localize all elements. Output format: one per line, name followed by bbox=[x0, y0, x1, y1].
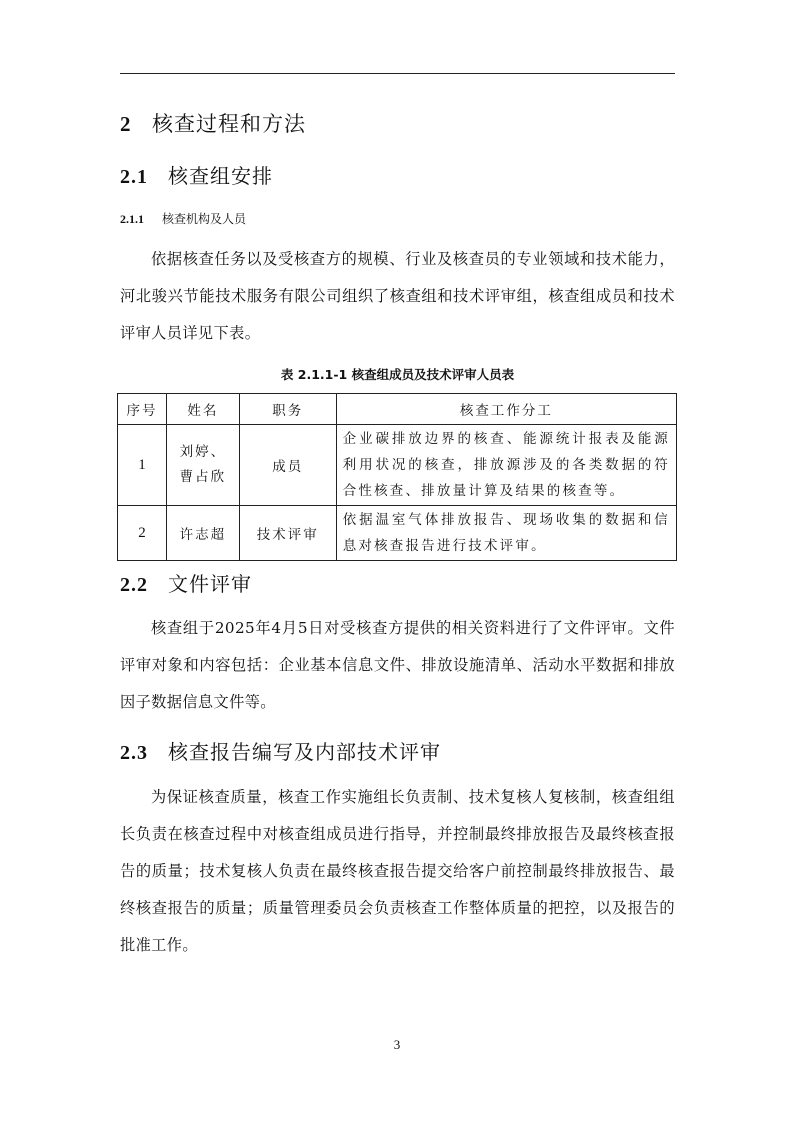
section-title: 核查过程和方法 bbox=[152, 112, 306, 136]
subsection-number: 2.1 bbox=[120, 166, 168, 189]
subsubsection-title: 核查机构及人员 bbox=[162, 212, 246, 226]
paragraph-2-3: 为保证核查质量，核查工作实施组长负责制、技术复核人复核制，核查组组长负责在核查过… bbox=[120, 779, 675, 964]
subsection-number: 2.2 bbox=[120, 574, 168, 597]
paragraph-2-2: 核查组于2025年4月5日对受核查方提供的相关资料进行了文件评审。文件评审对象和… bbox=[120, 610, 675, 721]
staff-table: 序号 姓名 职务 核查工作分工 1 刘婷、曹占欣 成员 企业碳排放边界的核查、能… bbox=[117, 393, 677, 561]
cell-name: 许志超 bbox=[166, 506, 239, 561]
subsection-title: 核查组安排 bbox=[168, 164, 273, 188]
cell-role: 技术评审 bbox=[239, 506, 336, 561]
header-name: 姓名 bbox=[166, 394, 239, 425]
cell-index: 1 bbox=[118, 425, 167, 506]
cell-name: 刘婷、曹占欣 bbox=[166, 425, 239, 506]
subsection-heading-2-2: 2.2文件评审 bbox=[120, 568, 252, 597]
table-header-row: 序号 姓名 职务 核查工作分工 bbox=[118, 394, 677, 425]
table-row: 2 许志超 技术评审 依据温室气体排放报告、现场收集的数据和信息对核查报告进行技… bbox=[118, 506, 677, 561]
table-row: 1 刘婷、曹占欣 成员 企业碳排放边界的核查、能源统计报表及能源利用状况的核查，… bbox=[118, 425, 677, 506]
subsection-heading-2-3: 2.3核查报告编写及内部技术评审 bbox=[120, 736, 441, 765]
subsubsection-heading-2-1-1: 2.1.1核查机构及人员 bbox=[120, 210, 246, 227]
table-caption: 表 2.1.1-1 核查组成员及技术评审人员表 bbox=[120, 365, 675, 383]
section-heading: 2核查过程和方法 bbox=[120, 108, 306, 138]
section-number: 2 bbox=[120, 112, 152, 137]
cell-index: 2 bbox=[118, 506, 167, 561]
cell-duty: 企业碳排放边界的核查、能源统计报表及能源利用状况的核查，排放源涉及的各类数据的符… bbox=[336, 425, 676, 506]
header-role: 职务 bbox=[239, 394, 336, 425]
header-rule bbox=[120, 73, 675, 74]
subsection-title: 核查报告编写及内部技术评审 bbox=[168, 740, 441, 764]
header-index: 序号 bbox=[118, 394, 167, 425]
header-duty: 核查工作分工 bbox=[336, 394, 676, 425]
subsection-title: 文件评审 bbox=[168, 572, 252, 596]
cell-role: 成员 bbox=[239, 425, 336, 506]
subsection-heading-2-1: 2.1核查组安排 bbox=[120, 160, 273, 189]
cell-duty: 依据温室气体排放报告、现场收集的数据和信息对核查报告进行技术评审。 bbox=[336, 506, 676, 561]
subsection-number: 2.3 bbox=[120, 742, 168, 765]
subsubsection-number: 2.1.1 bbox=[120, 212, 162, 227]
page-number: 3 bbox=[0, 1037, 794, 1053]
paragraph-2-1-1: 依据核查任务以及受核查方的规模、行业及核查员的专业领域和技术能力，河北骏兴节能技… bbox=[120, 241, 675, 352]
